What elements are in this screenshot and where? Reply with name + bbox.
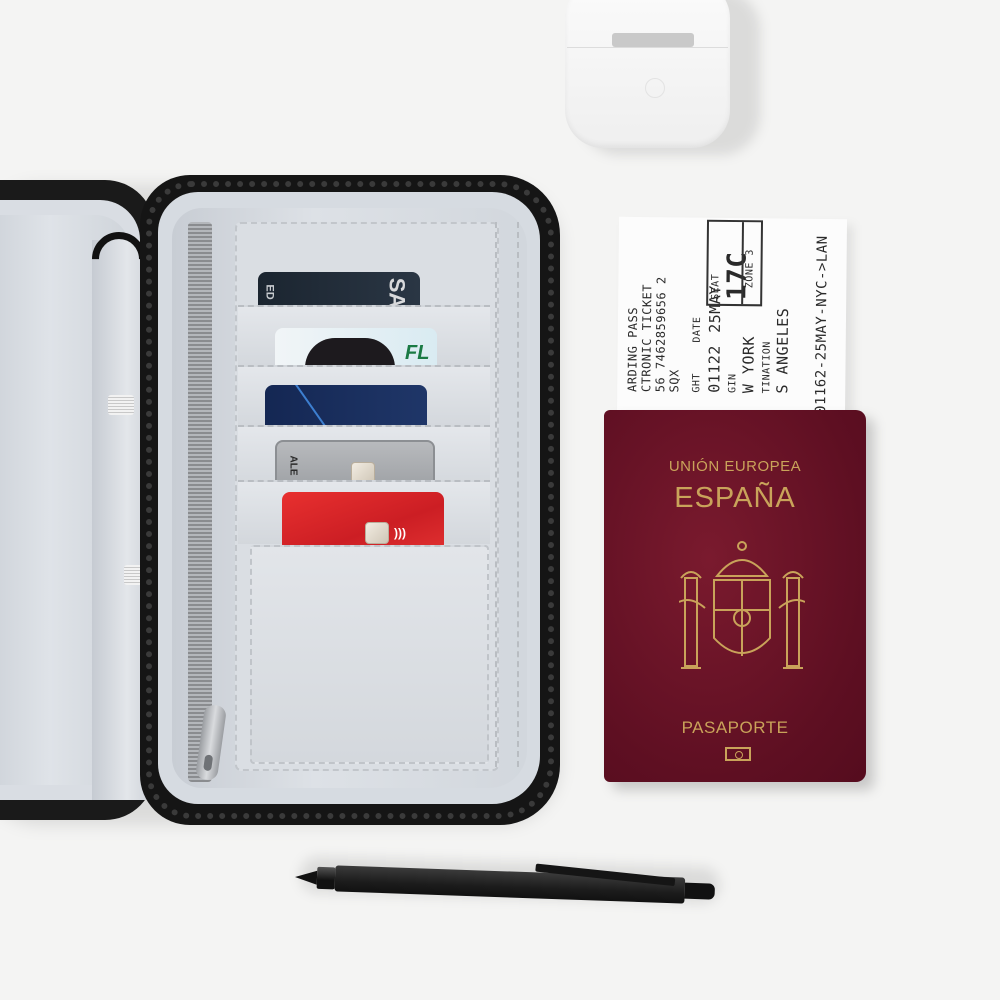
biometric-chip-icon <box>725 747 751 761</box>
pen-loop-elastic <box>108 395 134 415</box>
passport-union-text: UNIÓN EUROPEA <box>604 458 866 475</box>
boarding-pass-content: ARDING PASS CTRONIC TICKET 56 7462859656… <box>617 217 847 419</box>
pen-grip <box>317 867 336 890</box>
passport-type-text: PASAPORTE <box>604 718 866 738</box>
large-pocket <box>250 545 489 764</box>
pen-click-button[interactable] <box>684 883 715 900</box>
passport-country-text: ESPAÑA <box>604 482 866 515</box>
card-chip-icon <box>365 522 389 544</box>
earbud-case[interactable] <box>565 0 730 148</box>
earbud-case-seam <box>567 47 728 48</box>
pen-tip <box>295 870 317 885</box>
earbud-case-hinge <box>612 33 694 47</box>
coat-of-arms-icon <box>679 538 805 673</box>
pen-body <box>335 865 686 903</box>
contactless-icon: ))) <box>394 526 406 540</box>
side-pocket-seam <box>495 222 519 767</box>
boarding-pass[interactable]: ARDING PASS CTRONIC TICKET 56 7462859656… <box>617 217 847 419</box>
earbud-case-button <box>645 78 665 98</box>
inner-zipper-pocket[interactable] <box>188 222 212 782</box>
passport[interactable]: UNIÓN EUROPEA ESPAÑA PASAPORTE <box>604 410 866 782</box>
card-red[interactable]: ))) <box>282 492 444 552</box>
